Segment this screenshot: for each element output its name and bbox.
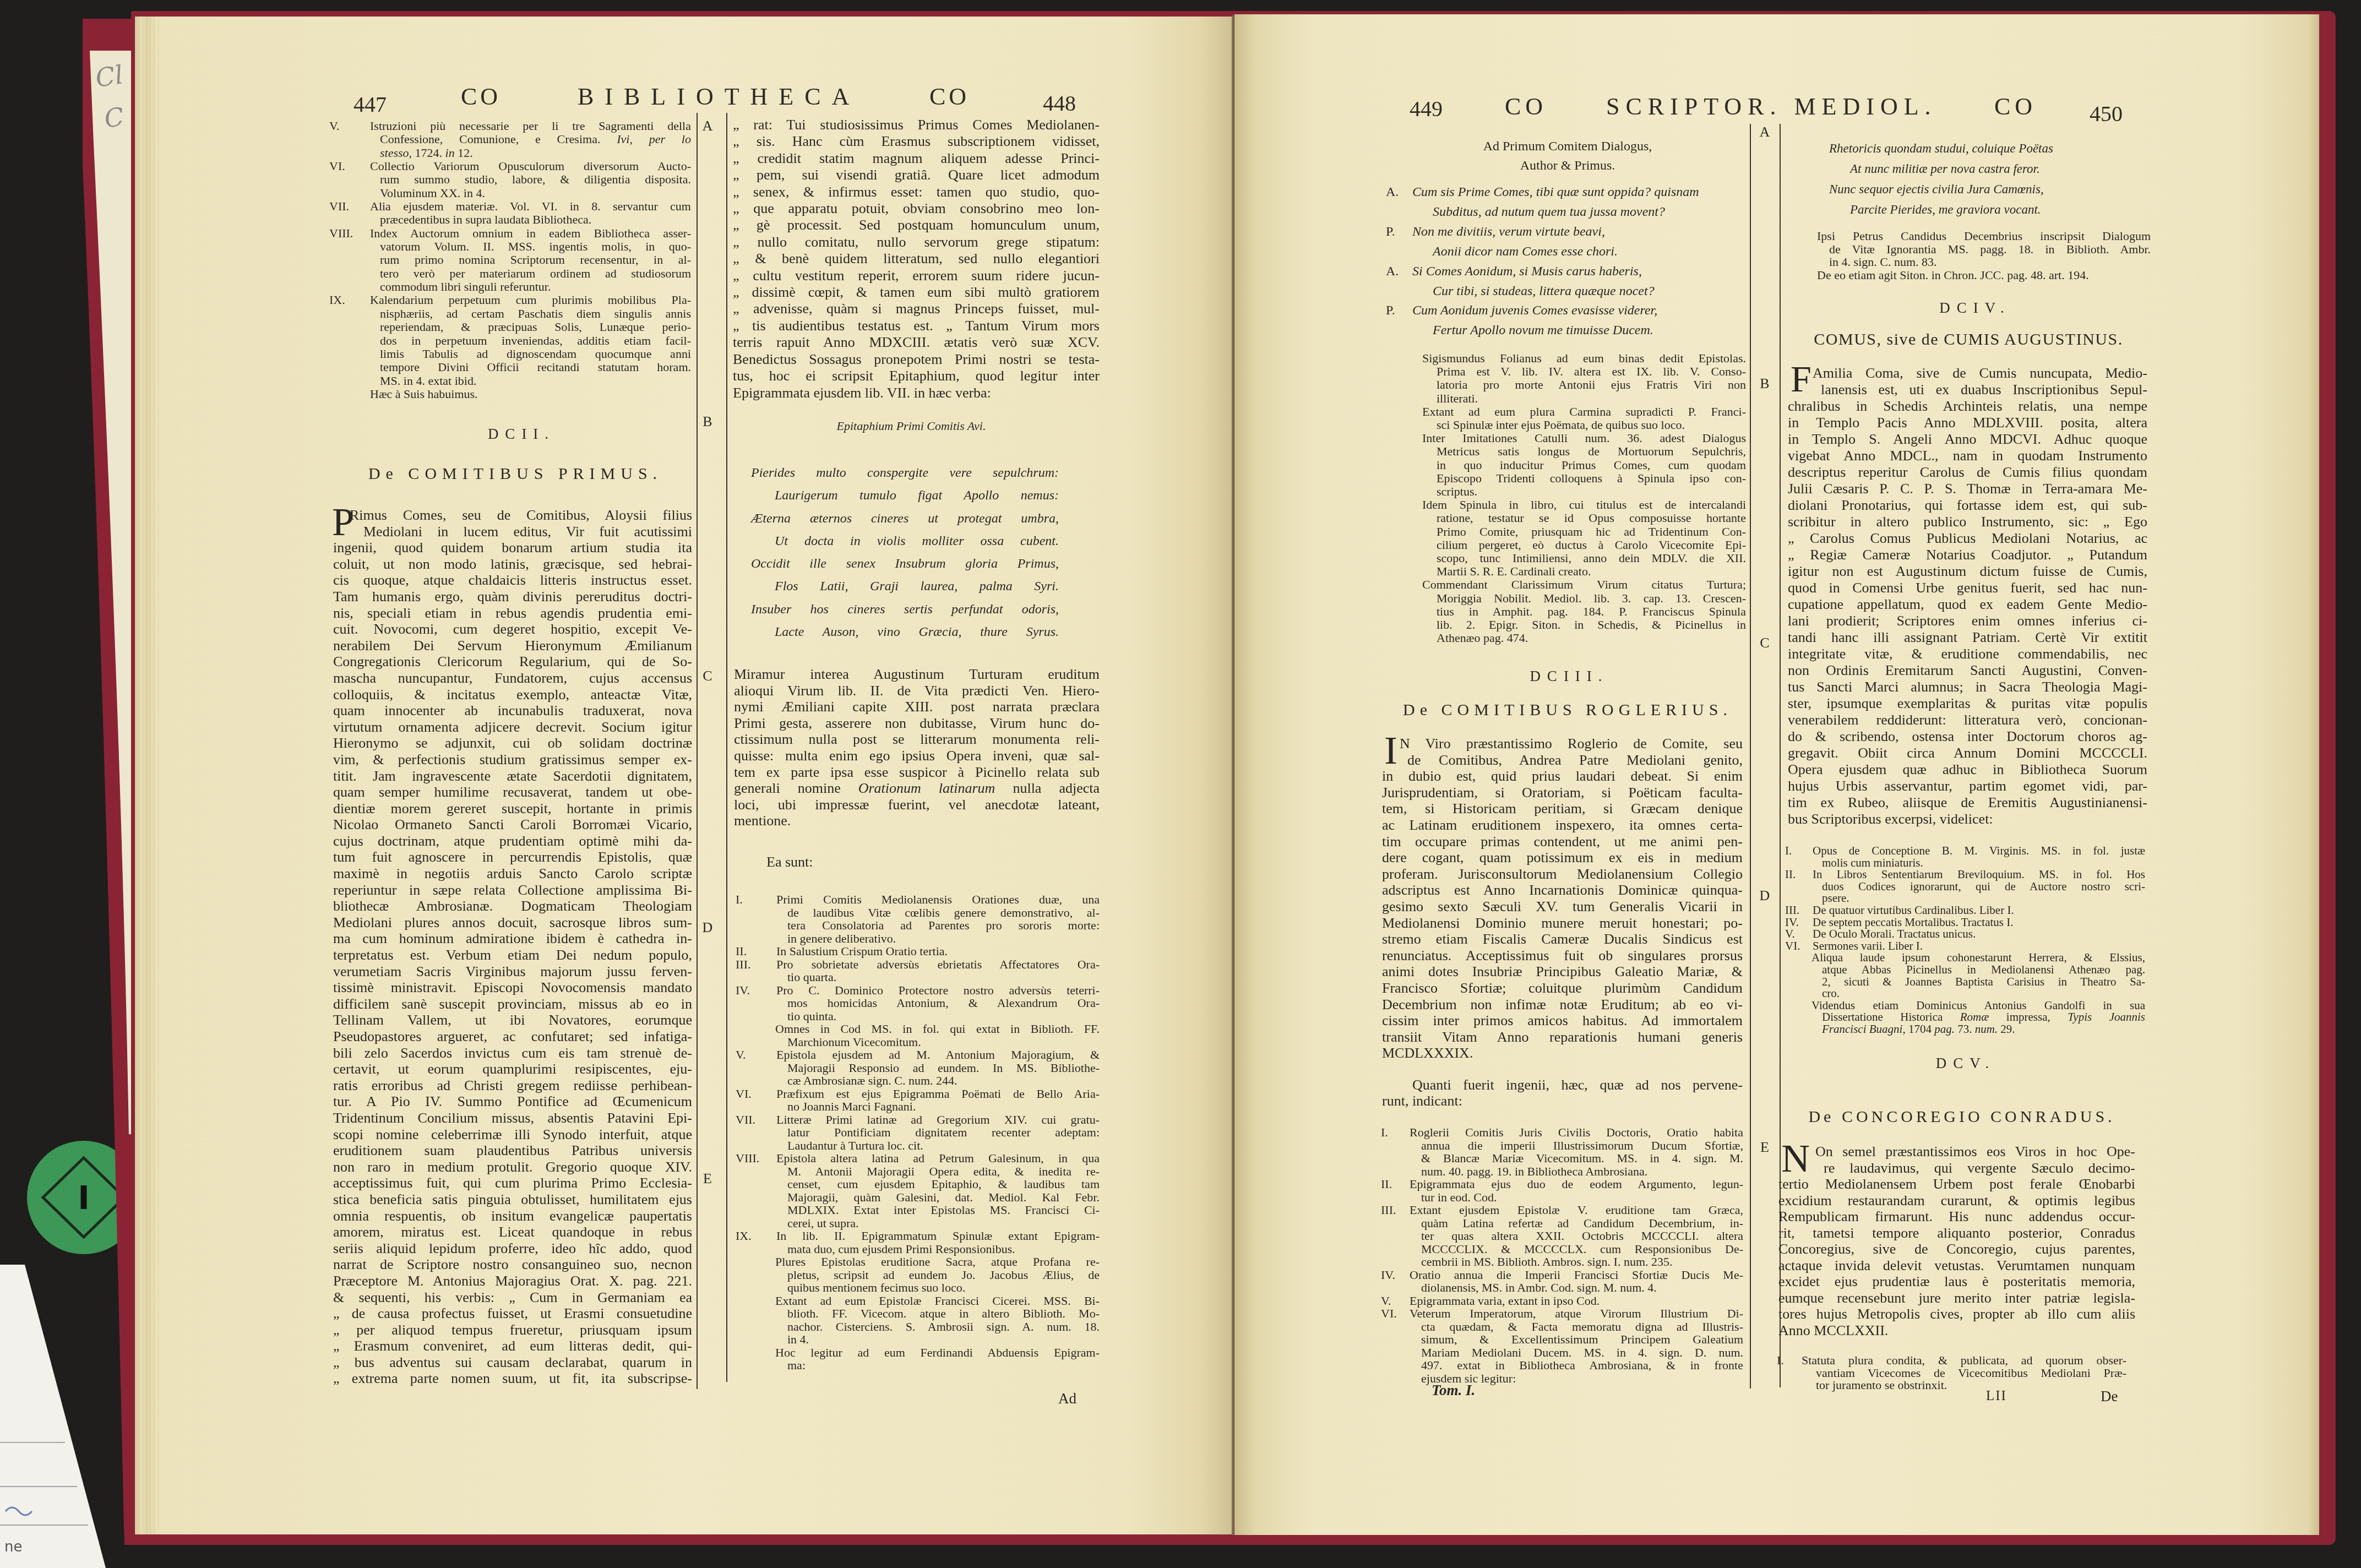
line-text: venerabilem reddiderunt: litteratura ver… [1788,712,2147,728]
paragraph: Hæc à Suis habuimus. [329,388,691,401]
text-line: tor juramento se obstrinxit. [1777,1379,2126,1392]
text-line: „ & benè quidem litteratum, sed nullo el… [733,251,1100,267]
line-text: Ut docta in violis molliter ossa cubent. [775,534,1059,548]
text-line: reperiuntur in sæpe relata Collectione a… [333,882,692,899]
line-text: Idem Spinula in libro, cui titulus est d… [1422,498,1746,511]
text-line: ingenii, quod quidem bonarum artium stud… [333,540,692,556]
paragraph: „ rat: Tui studiosissimus Primus Comes M… [733,117,1100,401]
line-text: Prima est V. lib. IV. altera est IX. lib… [1437,364,1746,378]
line-text: MCCCCLIX. & MCCCCLX. cum Responsionibus … [1421,1242,1743,1256]
line-text: In Salustium Crispum Oratio tertia. [776,944,948,958]
line-text: scriptus. [1437,484,1477,498]
line-text: Martii S. R. E. Cardinali creato. [1437,564,1591,578]
text-line: Parcite Pierides, me graviora vocant. [1829,199,2151,220]
line-text: Anno MCCLXXII. [1778,1322,1888,1338]
text-line: tandi hanc illi assignant Patriam. Certè… [1788,629,2147,646]
line-text: Index Auctorum omnium in eadem Bibliothe… [370,226,691,240]
text-line: ratis erroribus ad Christi gregem rediis… [333,1077,692,1094]
text-line: non raro in medium protulit. Gregorio qu… [333,1159,692,1175]
text-line: Collectio Variorum Opusculorum diversoru… [329,160,691,173]
line-text: „ dissimè cœpit, & tamen eum sibi multò … [733,284,1100,300]
line-text: vatorum Volum. II. MSS. ingentis molis, … [380,239,691,253]
line-text: mascha nuncupantur, Fundatorem, cujus ac… [333,670,692,686]
line-text: nachor. Cisterciens. S. Ambrosii sign. A… [787,1320,1100,1333]
text-line: runt, indicant: [1382,1093,1743,1109]
line-text: lib. 2. Epigr. Siton. in Schedis, & Pici… [1437,618,1746,631]
text-line: non Ordinis Eremitarum Sancti Augustini,… [1788,662,2147,679]
text-line: latoria pro morte Antonii ejus Fratris V… [1422,378,1746,391]
text-line: simum, & Excellentissimum Principem Gale… [1381,1333,1743,1346]
text-line: Plures Epistolas eruditione Sacra, atque… [736,1255,1100,1268]
text-line: cta quædam, & Facta memoratu digna ad Il… [1381,1320,1743,1333]
text-line: Subditus, ad nutum quem tua jussa movent… [1386,203,1747,222]
text-line: Extant ad eum Epistolæ Francisci Cicerei… [736,1294,1100,1308]
line-text: „ pem, sui visendi gratiâ. Quare licet a… [733,167,1100,183]
text-line: & sequenti, his verbis: „ Cum in Germani… [333,1289,692,1306]
line-text: gesimo sexto Sæculi XV. tum Generalis Vi… [1382,899,1743,914]
line-text: Omnes in Cod MS. in fol. qui extat in Bi… [775,1022,1100,1036]
text-line: in 4. [736,1333,1100,1346]
line-text: rum primo nomina Scriptorum recensentur,… [380,253,691,266]
line-text: colloquiis, & incitatus exemplo, anteact… [333,687,692,703]
line-text: Confessione, Comunione, e Cresima. Ivi, … [380,132,691,146]
entry-number: V. [736,1048,746,1061]
running-head-title: SCRIPTOR. MEDIOL. [1606,95,1937,119]
text-line: Pseudopastores argueret, ac confutaret; … [333,1028,692,1045]
flyleaf-mark: Cl [94,59,125,92]
line-text: dientiæ morem gereret suscepit, hortante… [333,801,692,816]
works-intro: Ea sunt: [766,854,813,870]
line-text: tio quinta. [787,1009,836,1023]
list-entry: P.Cum Aonidum juvenis Comes evasisse vid… [1386,301,1747,341]
text-line: Majoragii, quàm Galesini, dat. Mediol. K… [736,1191,1100,1204]
paper-slip: ne [0,1265,106,1568]
text-line: Sigismundus Folianus ad eum binas dedit … [1422,352,1746,365]
works-list: I.Roglerii Comitis Juris Civilis Doctori… [1381,1126,1743,1385]
text-line: cæ Ambrosianæ sign. C. num. 244. [736,1074,1100,1087]
list-entry: II.Epigrammata ejus duo de eodem Argumen… [1381,1178,1743,1204]
text-line: Amilia Coma, sive de Cumis nuncupata, Me… [1788,365,2147,382]
line-text: Occidit ille senex Insubrum gloria Primu… [751,557,1059,571]
line-text: rit, tametsi tempore aliquanto posterior… [1778,1225,2135,1241]
line-text: Kalendarium perpetuum cum plurimis mobil… [370,293,691,307]
text-line: in 4. sign. C. num. 83. [1817,255,2151,269]
text-line: in genere deliberativo. [736,932,1100,945]
line-text: integritate vitæ, & eruditione commendab… [1788,646,2147,662]
line-text: Æterna æternos cineres ut protegat umbra… [751,511,1059,526]
text-line: Statuta plura condita, & publicata, ad q… [1777,1354,2126,1367]
text-line: On semel præstantissimos eos Viros in ho… [1778,1144,2135,1160]
entry-number: VII. [736,1113,755,1126]
text-line: vigebat Anno MDCL., nam in quodam Instru… [1788,448,2147,464]
line-text: simum, & Excellentissimum Principem Gale… [1421,1332,1743,1346]
italic-text: Typis Joannis [2068,1010,2145,1023]
dialogue-verse: A.Cum sis Prime Comes, tibi quæ sunt opp… [1386,183,1747,341]
entry-number: IV. [736,984,750,997]
list-entry: VII.Alia ejusdem materiæ. Vol. VI. in 8.… [329,200,691,227]
list-entry: VI.Præfixum est ejus Epigramma Poëmati d… [736,1087,1100,1113]
text-line: Moriggia Nobilit. Mediol. lib. 3. cap. 1… [1422,592,1746,605]
line-text: Concoregius, sive de Concoregio, cujus p… [1778,1241,2135,1257]
text-line: maximè in negotiis arduis Sancto Carolo … [333,865,692,882]
line-text: Episcopo Tridenti colloquens à Spinula i… [1437,471,1746,485]
line-text: mentione. [734,813,791,829]
text-line: nis, speciali etiam in rebus agendis pru… [333,605,692,622]
text-line: Francisco Sfortiæ; coluitque plurimùm Ca… [1382,980,1743,997]
text-line: integritate vitæ, & eruditione commendab… [1788,646,2147,662]
line-text: gregavit. Obiit circa Annum Domini MCCCC… [1788,745,2147,761]
text-line: Epistola altera latina ad Petrum Galesin… [736,1152,1100,1165]
quotation-continued: „ rat: Tui studiosissimus Primus Comes M… [733,117,1100,401]
text-line: seriis aliquid lepidum proferre, ideo hî… [333,1240,692,1257]
text-line: dientiæ morem gereret suscepit, hortante… [333,801,692,817]
text-line: MCCCCLIX. & MCCCCLX. cum Responsionibus … [1381,1243,1743,1256]
line-text: Decembrium non infimæ notæ Eruditum; ab … [1382,997,1743,1012]
line-text: coluit, ut non modo latinis, græcisque, … [333,556,692,572]
entry-title: De COMITIBUS PRIMUS. [290,464,736,484]
margin-letter: E [701,1170,714,1187]
text-line: stica beneficia satis pinguia obtulisset… [333,1191,692,1208]
list-entry: VII.Litteræ Primi latinæ ad Gregorium XI… [736,1113,1100,1152]
line-text: Si Comes Aonidum, si Musis carus haberis… [1412,264,1642,279]
text-line: scopo, tunc Intimiliensi, anno dein MDLV… [1422,552,1746,565]
line-text: cissim inter primos amicos habitus. Ad i… [1382,1012,1743,1028]
text-line: Metricus satis longus de Mortuorum Sepul… [1422,445,1746,458]
text-line: atque Abbas Picinellus in Mediolanensi A… [1785,964,2145,976]
line-text: tempore Divini Officii recitandi statuta… [380,360,691,374]
text-line: tissimè ministravit. Episcopi Novocomens… [333,979,692,996]
text-line: Præceptore M. Antonius Majoragius Orat. … [333,1273,692,1289]
line-text: Non me divitiis, verum virtute beavi, [1412,225,1605,239]
entry-number: P. [1386,301,1395,321]
text-line: Jurisprudentiam, si Oratoriam, si Poëtic… [1382,785,1743,801]
text-line: tim ex Rubeo, aliisque de Eremitis Augus… [1788,794,2147,811]
line-text: Dissertatione Historica Romæ impressa, T… [1822,1010,2145,1023]
line-text: Pro C. Dominico Protectore nostro advers… [776,983,1100,997]
paragraph: Hoc legitur ad eum Ferdinandi Abduensis … [736,1346,1100,1372]
line-text: 497. extat in Bibliotheca Ambrosiana, & … [1421,1358,1743,1372]
entry-number: DCIV. [1748,299,2195,317]
line-text: Majoragii, quàm Galesini, dat. Mediol. K… [787,1190,1100,1204]
entry-number: II. [736,945,747,958]
text-line: Hoc legitur ad eum Ferdinandi Abduensis … [736,1346,1100,1359]
text-line: Omnes in Cod MS. in fol. qui extat in Bi… [736,1022,1100,1036]
text-line: Extant ejusdem Epistolæ V. eruditione ta… [1381,1204,1743,1217]
line-text: non Ordinis Eremitarum Sancti Augustini,… [1788,662,2147,678]
line-text: Miramur interea Augustinum Turturam erud… [734,666,1100,682]
line-text: adscriptus est Anno Incarnationis Domini… [1382,882,1743,898]
column-rule [697,113,698,1389]
paragraph: Ipsi Petrus Candidus Decembrius inscrips… [1817,230,2151,269]
line-text: Epigrammata ejus duo de eodem Argumento,… [1410,1177,1743,1191]
italic-text: Francisci Buagni [1822,1022,1902,1036]
line-text: In Libros Sententiarum Breviloquium. MS.… [1813,868,2145,881]
line-text: Hoc legitur ad eum Ferdinandi Abduensis … [775,1346,1100,1359]
text-line: Videndus etiam Dominicus Antonius Gandol… [1785,1000,2145,1012]
text-line: re laudavimus, qui vergente Sæculo decim… [1778,1160,2135,1177]
line-text: ratis erroribus ad Christi gregem rediis… [333,1077,692,1093]
text-line: 2, sicuti & Joannes Baptista Carisius in… [1785,976,2145,988]
text-line: lanensis est, uti ex duabus Inscriptioni… [1788,382,2147,398]
line-text: amorem, miratus est. Liceat quandoque in… [333,1224,692,1240]
entry-number: DCII. [295,425,742,443]
line-text: Fertur Apollo novum me timuisse Ducem. [1433,323,1653,337]
text-line: Cur tibi, si studeas, littera quæque noc… [1386,282,1747,302]
text-line: Cum sis Prime Comes, tibi quæ sunt oppid… [1386,183,1747,203]
margin-letter: A [701,118,714,134]
text-line: cembrii in MS. Biblioth. Ambros. sign. I… [1381,1255,1743,1268]
line-text: Mariam Mediolani Ducem. MS. in 4. sign. … [1421,1346,1743,1359]
text-line: vatorum Volum. II. MSS. ingentis molis, … [329,240,691,253]
line-text: tem, si Historicam peritiam, si Græcam d… [1382,801,1743,816]
text-line: Voluminum XX. in 4. [329,187,691,200]
list-entry: A.Cum sis Prime Comes, tibi quæ sunt opp… [1386,183,1747,222]
text-line: „ rat: Tui studiosissimus Primus Comes M… [733,117,1100,133]
line-text: num. 40. pagg. 19. in Bibliotheca Ambros… [1421,1164,1647,1178]
text-line: N Viro præstantissimo Roglerio de Comite… [1382,736,1743,752]
line-text: scopi nomine celeberrimæ illi Synodo int… [333,1126,692,1142]
line-text: seriis aliquid lepidum proferre, ideo hî… [333,1240,692,1256]
line-text: alioqui Virum lib. II. de Vita prædicti … [734,683,1100,699]
line-text: rum summo studio, labore, & diligentia d… [380,172,691,186]
line-text: ma cum hominum admiratione ibidem è cath… [333,930,692,946]
text-line: „ credidit statim magnum aliquem adesse … [733,150,1100,167]
text-line: Mediolani in lucem editus, Vir fuit acut… [333,524,692,540]
line-text: Laurigerum tumulo figat Apollo nemus: [775,488,1059,503]
running-head-keyword: CO [461,85,501,109]
line-text: „ gè processit. Sed postquam homunculum … [733,217,1100,233]
text-line: Tam humanis ergo, quàm divinis pererudit… [333,589,692,605]
commentary-text: Miramur interea Augustinum Turturam erud… [734,666,1100,829]
text-line: diolanensis, MS. in Ambr. Cod. sign. M. … [1381,1281,1743,1294]
text-line: eruditionem suam plaudentibus Patribus u… [333,1142,692,1159]
text-line: Ut docta in violis molliter ossa cubent. [751,530,1059,553]
line-text: Voluminum XX. in 4. [380,186,485,200]
biography-text: PRimus Comes, seu de Comitibus, Aloysii … [333,507,692,1387]
line-text: Congregationis Clericorum Regularium, qu… [333,654,692,669]
entry-number: I. [1785,845,1792,857]
margin-letter: E [1758,1139,1771,1156]
text-line: tur in eod. Cod. [1381,1191,1743,1204]
line-text: Præfixum est ejus Epigramma Poëmati de B… [776,1087,1100,1101]
line-text: „ senex, & infirmus esset: tamen quo stu… [733,184,1100,200]
line-text: in Templo S. Angeli Anno MDCVI. Adhuc qu… [1788,431,2147,447]
line-text: MCDLXXXIX. [1382,1045,1473,1061]
works-list: I.Statuta plura condita, & publicata, ad… [1777,1354,2126,1392]
text-line: Benedictus Sossagus pronepotem Primi nos… [733,351,1100,368]
paragraph: Omnes in Cod MS. in fol. qui extat in Bi… [736,1022,1100,1048]
text-line: tores hujus Metropolis cives, propter ab… [1778,1306,2135,1322]
line-text: omnia respuentis, ob insitum evangelicæ … [333,1208,692,1224]
text-line: in dubio est, quid prius laudari debeat.… [1382,768,1743,785]
text-line: gesimo sexto Sæculi XV. tum Generalis Vi… [1382,899,1743,915]
text-line: Tellinam Vallem, ut ibi Novatores, eorum… [333,1012,692,1028]
line-text: M. Antonii Majoragii Opera edita, & ined… [787,1164,1100,1178]
text-line: tem, si Historicam peritiam, si Græcam d… [1382,801,1743,817]
text-line: Tridentinum Concilium missus, absentis P… [333,1110,692,1126]
text-line: „ extrema parte nomen suum, ut fit, ita … [333,1370,692,1387]
text-line: „ senex, & infirmus esset: tamen quo stu… [733,184,1100,200]
line-text: „ Regiæ Cameræ Notarius Coadjutor. „ Put… [1788,547,2147,563]
text-line: cissim inter primos amicos habitus. Ad i… [1382,1012,1743,1029]
text-line: reperiendam, & præcipuas Solis, Lunæque … [329,320,691,334]
text-line: virtutum ornamenta adjicere decrevit. So… [333,719,692,736]
text-line: „ que apparatu potuit, obviam consobrino… [733,200,1100,217]
list-entry: III.De quatuor virtutibus Cardinalibus. … [1785,905,2145,917]
line-text: Tridentinum Concilium missus, absentis P… [333,1110,692,1126]
text-line: Kalendarium perpetuum cum plurimis mobil… [329,293,691,307]
list-entry: IV.Pro C. Dominico Protectore nostro adv… [736,984,1100,1023]
text-line: Rhetoricis quondam studui, coluique Poët… [1829,138,2151,159]
text-line: lani prodierit; Scriptores enim omnes in… [1788,613,2147,629]
italic-text: Romæ [1960,1010,1989,1023]
text-line: nachor. Cisterciens. S. Ambrosii sign. A… [736,1320,1100,1333]
text-line: Episcopo Tridenti colloquens à Spinula i… [1422,472,1746,485]
line-text: „ nullo comitatu, nullo servorum grege s… [733,234,1100,250]
line-text: scopo, tunc Intimiliensi, anno dein MDLV… [1437,551,1746,565]
text-line: stremo etiam Fiscalis Cameræ Ducalis Sin… [1382,931,1743,948]
drop-cap-initial: F [1791,360,1811,398]
margin-letter: C [1758,635,1771,651]
text-line: in quo inducitur Primus Comes, cum quoda… [1422,459,1746,472]
text-line: cis quoque, atque chaldaicis litteris in… [333,572,692,589]
italic-text: Orationum latinarum [858,780,995,796]
line-text: tor juramento se obstrinxit. [1816,1378,1947,1392]
line-text: Epigrammata ejusdem lib. VII. in hæc ver… [733,385,991,401]
text-line: Oratio annua die Imperii Francisci Sfort… [1381,1268,1743,1282]
text-line: Laudantur à Turtura loc. cit. [736,1139,1100,1152]
text-line: de Comitibus, Andrea Patre Mediolani gen… [1382,752,1743,769]
text-line: Roglerii Comitis Juris Civilis Doctoris,… [1381,1126,1743,1139]
line-text: in dubio est, quid prius laudari debeat.… [1382,768,1743,784]
line-text: „ & benè quidem litteratum, sed nullo el… [733,251,1100,266]
text-line: Primi Comitis Mediolanensis Orationes du… [736,893,1100,906]
text-line: bili zelo Sacerdos invictus cum eis tam … [333,1045,692,1061]
line-text: vim, & perfectionis studium gratissimus … [333,752,692,767]
line-text: tim occupare primas contendent, ut me an… [1382,834,1743,850]
list-entry: III.Extant ejusdem Epistolæ V. erudition… [1381,1204,1743,1268]
line-text: cro. [1822,987,1840,1000]
text-line: Idem Spinula in libro, cui titulus est d… [1422,498,1746,511]
margin-letter: D [701,919,714,936]
line-text: On semel præstantissimos eos Viros in ho… [1815,1144,2135,1159]
line-text: 2, sicuti & Joannes Baptista Carisius in… [1822,975,2145,988]
text-line: Litteræ Primi latinæ ad Gregorium XIV. c… [736,1113,1100,1126]
line-text: Marchionum Vicecomitum. [787,1035,921,1049]
line-text: Nicolao Ormaneto Sancti Caroli Borromæi … [333,816,692,832]
line-text: scribitur in altero publico Instrumento,… [1788,514,2147,530]
text-line: mascha nuncupantur, Fundatorem, cujus ac… [333,670,692,687]
text-line: censet, cum ejusdem Epitaphio, & laudibu… [736,1178,1100,1191]
text-line: tem ex parte ipsa esse suspicor à Picine… [734,764,1100,781]
line-text: blioth. FF. Vicecom. atque in altero Bib… [787,1306,1100,1320]
line-text: De quatuor virtutibus Cardinalibus. Libe… [1813,903,2014,917]
line-text: tandi hanc illi assignant Patriam. Certè… [1788,629,2147,645]
references-notes: Ipsi Petrus Candidus Decembrius inscrips… [1817,230,2151,281]
text-line: duos Codices ignorarunt, qui de Auctore … [1785,881,2145,893]
biography-text: NOn semel præstantissimos eos Viros in h… [1778,1144,2135,1338]
paragraph: Plures Epistolas eruditione Sacra, atque… [736,1255,1100,1294]
text-line: Aonii dicor nam Comes esse chori. [1386,242,1747,262]
line-text: Insuber hos cineres sertis perfundat odo… [751,602,1059,617]
paragraph: Miramur interea Augustinum Turturam erud… [734,666,1100,829]
line-text: latur Pontificiam dignitatem recenter ad… [787,1125,1100,1139]
text-line: in Templo S. Angeli Anno MDCVI. Adhuc qu… [1788,431,2147,448]
text-line: „ Regiæ Cameræ Notarius Coadjutor. „ Put… [1788,547,2147,563]
line-text: mos homicidas Antonium, & Alexandrum Ora… [787,996,1100,1010]
line-text: Inter Imitationes Catulli num. 36. adest… [1422,431,1746,445]
line-text: nis, speciali etiam in rebus agendis pru… [333,605,692,621]
text-line: amorem, miratus est. Liceat quandoque in… [333,1224,692,1240]
line-text: sci Spinulæ inter ejus Poëmata, de quibu… [1437,418,1685,432]
line-text: dos in perpetuum inveniendas, additis et… [380,334,691,347]
line-text: tio quarta. [787,970,836,984]
page-number: 450 [2090,103,2123,125]
text-line: Aliqua laude ipsum cohonestarunt Herrera… [1785,952,2145,964]
text-line: hujus Urbis asservantur, partim egomet v… [1788,778,2147,794]
entry-number: I. [736,893,743,906]
paragraph: De eo etiam agit Siton. in Chron. JCC. p… [1817,269,2151,282]
entry-number: VI. [1785,940,1800,952]
text-line: Non me divitiis, verum virtute beavi, [1386,222,1747,242]
entry-number: IX. [736,1229,752,1243]
line-text: ster, ipsumque exemplaritas & puritas vi… [1788,695,2147,711]
list-entry: III.Pro sobrietate adversùs ebrietatis A… [736,958,1100,984]
line-text: cuit. Novocomi, cum degeret hospitio, ex… [333,621,692,637]
paragraph: Pierides multo conspergite vere sepulchr… [751,462,1059,644]
text-line: omnia respuentis, ob insitum evangelicæ … [333,1208,692,1224]
text-line: Majoragii Responsio ad eundem. In MS. Bi… [736,1061,1100,1075]
text-line: igitur non est Augustinum dictum fuisse … [1788,563,2147,580]
entry-number: I. [1777,1354,1784,1367]
text-line: rit, tametsi tempore aliquanto posterior… [1778,1225,2135,1242]
line-text: Aliqua laude ipsum cohonestarunt Herrera… [1811,951,2145,964]
paragraph: Aliqua laude ipsum cohonestarunt Herrera… [1785,952,2145,999]
line-text: cupatione appellatum, quod ex eadem Gent… [1788,596,2147,612]
page-number: 449 [1410,98,1443,120]
line-text: eruditionem suam plaudentibus Patribus u… [333,1142,692,1158]
text-line: Athenæo pag. 474. [1422,631,1746,645]
entry-number: IX. [329,293,345,307]
text-line: Epigrammata varia, extant in ipso Cod. [1381,1294,1743,1308]
line-text: Francisco Sfortiæ; coluitque plurimùm Ca… [1382,980,1743,996]
page-number: 448 [1043,92,1076,115]
line-text: transiit Vitam Anno reparationis humani … [1382,1029,1743,1045]
line-text: verumetiam Sacris Virginibus majorum jus… [333,963,692,979]
line-text: Mediolanensi Dominio munere meruit hones… [1382,915,1743,931]
entry-number: V. [329,119,340,133]
text-line: molis cum miniaturis. [1785,857,2145,869]
line-text: no Joannis Marci Fagnani. [787,1099,916,1113]
line-text: vantiam Vicecomes de Vicecomitibus Medio… [1816,1366,2126,1380]
text-line: Marchionum Vicecomitum. [736,1036,1100,1049]
list-entry: II.In Salustium Crispum Oratio tertia. [736,945,1100,958]
text-line: rum primo nomina Scriptorum recensentur,… [329,253,691,266]
text-line: transiit Vitam Anno reparationis humani … [1382,1029,1743,1046]
text-line: diolani Pronotarius, qui fortasse idem e… [1788,497,2147,514]
list-entry: IX.In lib. II. Epigrammatum Spinulæ exta… [736,1229,1100,1255]
text-line: „ per aliquod tempus frueretur, priusqua… [333,1322,692,1338]
line-text: Pseudopastores argueret, ac confutaret; … [333,1028,692,1044]
line-text: quam innocenter ab incunabulis traduxera… [333,703,692,718]
line-text: Statuta plura condita, & publicata, ad q… [1802,1353,2126,1367]
line-text: ma: [787,1358,806,1372]
line-text: Pro sobrietate adversùs ebrietatis Affec… [776,957,1100,971]
text-line: „ advenisse, quàm si magnus Princeps fui… [733,301,1100,317]
line-text: diolani Pronotarius, qui fortasse idem e… [1788,497,2147,513]
entry-number: I. [1381,1126,1388,1139]
text-line: mentione. [734,813,1100,829]
